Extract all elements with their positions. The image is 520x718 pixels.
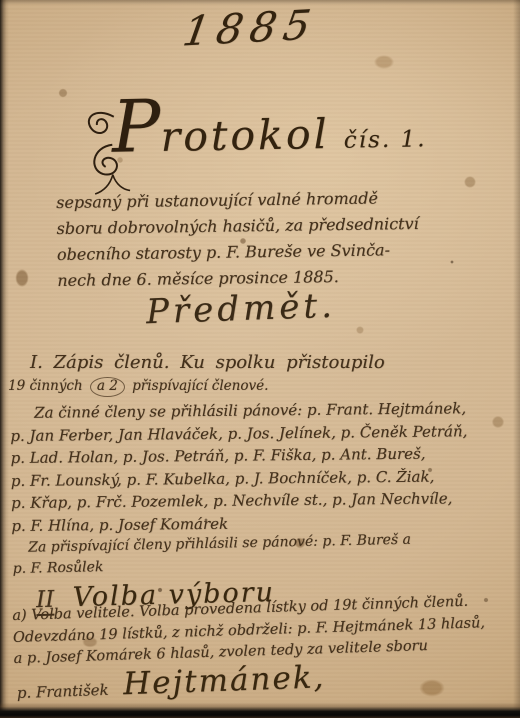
subject-heading: Předmět.: [145, 286, 336, 333]
year-heading: 1885: [180, 1, 321, 56]
member-count-rest: přispívající členové.: [132, 378, 268, 394]
elected-prefix: p. František: [16, 681, 108, 702]
document-title: P rotokol čís. 1.: [111, 91, 426, 161]
intro-paragraph: sepsaný při ustanovující valné hromadě s…: [56, 184, 481, 294]
scanned-protocol-page: 1885 P rotokol čís. 1. sepsaný při ustan…: [0, 0, 520, 718]
member-count-circled: a 2: [90, 377, 125, 397]
page-edge-left: [0, 0, 9, 718]
elected-name-signature: Hejtmánek,: [123, 659, 326, 702]
flourish-ornament-icon: [82, 104, 142, 197]
title-number: čís. 1.: [344, 126, 427, 153]
active-members-paragraph: Za činné členy se přihlásili pánové: p. …: [10, 397, 515, 537]
member-count-line: 19 činných a 2 přispívající členové.: [8, 377, 268, 397]
member-count-active: 19 činných: [8, 378, 83, 394]
section-1-heading-line: I. Zápis členů. Ku spolku přistoupilo: [30, 352, 385, 373]
title-rest: rotokol: [160, 110, 330, 161]
page-edge-bottom: [0, 702, 520, 718]
